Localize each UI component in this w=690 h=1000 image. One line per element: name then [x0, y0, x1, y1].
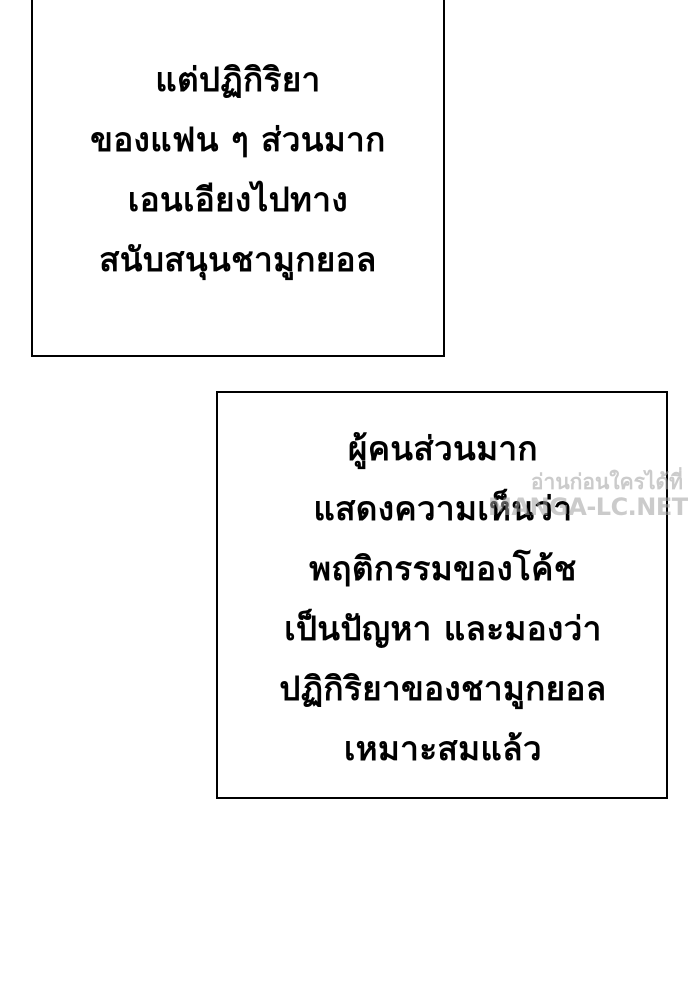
caption-text-1: แต่ปฏิกิริยา ของแฟน ๆ ส่วนมาก เอนเอียงไป… [33, 50, 443, 290]
caption-line: ผู้คนส่วนมาก [220, 419, 666, 479]
caption-line: สนับสนุนชามูกยอล [33, 230, 443, 290]
caption-line: เหมาะสมแล้ว [220, 719, 666, 779]
caption-text-2: ผู้คนส่วนมาก แสดงความเห็นว่า พฤติกรรมของ… [218, 419, 666, 779]
caption-line: ของแฟน ๆ ส่วนมาก [33, 110, 443, 170]
caption-box-2: ผู้คนส่วนมาก แสดงความเห็นว่า พฤติกรรมของ… [216, 391, 668, 799]
caption-line: พฤติกรรมของโค้ช [220, 539, 666, 599]
caption-line: แสดงความเห็นว่า [220, 479, 666, 539]
caption-line: เอนเอียงไปทาง [33, 170, 443, 230]
caption-line: เป็นปัญหา และมองว่า [220, 599, 666, 659]
caption-line: ปฏิกิริยาของชามูกยอล [220, 659, 666, 719]
caption-box-1: แต่ปฏิกิริยา ของแฟน ๆ ส่วนมาก เอนเอียงไป… [31, 0, 445, 357]
caption-line: แต่ปฏิกิริยา [33, 50, 443, 110]
